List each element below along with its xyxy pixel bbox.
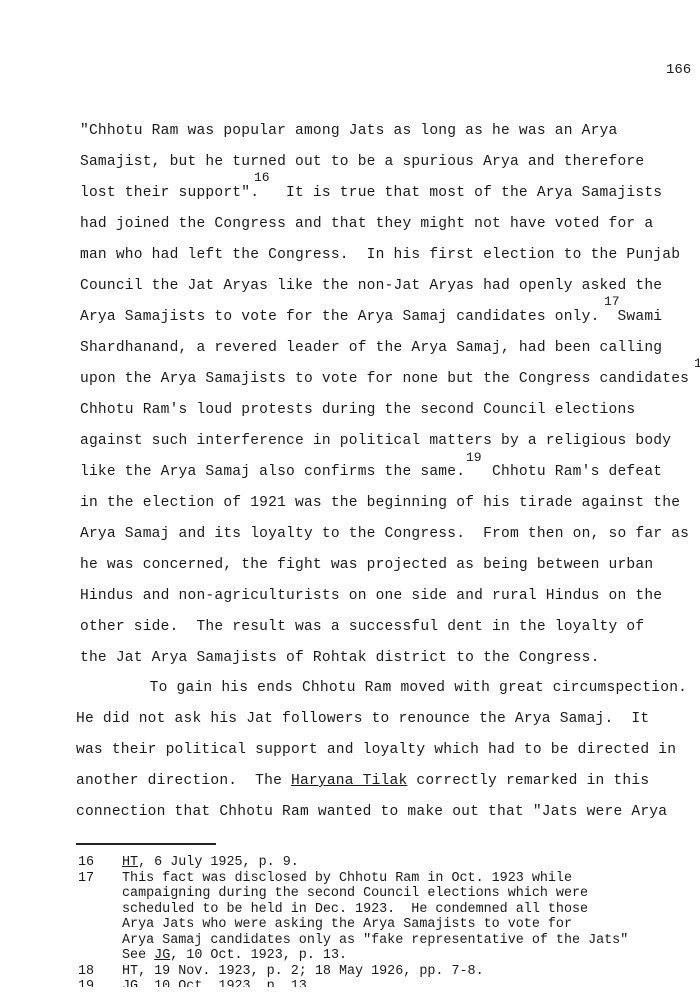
- footnote-text: JG, 10 Oct. 1923, p. 13: [122, 979, 307, 987]
- footnote-number: 17: [78, 871, 94, 887]
- footnote-text: Arya Jats who were asking the Arya Samaj…: [122, 917, 572, 933]
- body-line: Council the Jat Aryas like the non-Jat A…: [80, 278, 662, 294]
- body-line: the Jat Arya Samajists of Rohtak distric…: [80, 650, 600, 666]
- footnote-ref-18: 1: [694, 356, 700, 371]
- footnote-number: 16: [78, 855, 94, 871]
- footnote-text: Arya Samaj candidates only as "fake repr…: [122, 933, 628, 949]
- body-line: He did not ask his Jat followers to reno…: [76, 711, 649, 727]
- body-line: lost their support". It is true that mos…: [80, 185, 662, 201]
- body-line: he was concerned, the fight was projecte…: [80, 557, 653, 573]
- body-line: other side. The result was a successful …: [80, 619, 644, 635]
- body-line: Hindus and non-agriculturists on one sid…: [80, 588, 662, 604]
- footnote-number: 18: [78, 964, 94, 980]
- body-line: Samajist, but he turned out to be a spur…: [80, 154, 644, 170]
- footnote-text: This fact was disclosed by Chhotu Ram in…: [122, 871, 572, 887]
- body-line: against such interference in political m…: [80, 433, 671, 449]
- footnote-ref-19: 19: [466, 450, 482, 465]
- body-line: connection that Chhotu Ram wanted to mak…: [76, 804, 667, 820]
- body-line: man who had left the Congress. In his fi…: [80, 247, 680, 263]
- body-line: To gain his ends Chhotu Ram moved with g…: [78, 680, 687, 696]
- body-line: another direction. The Haryana Tilak cor…: [76, 773, 649, 789]
- body-line: Arya Samaj and its loyalty to the Congre…: [80, 526, 689, 542]
- page-number: 166: [666, 62, 691, 78]
- footnote-text: HT, 6 July 1925, p. 9.: [122, 855, 299, 871]
- body-line: like the Arya Samaj also confirms the sa…: [80, 464, 662, 480]
- body-line: Arya Samajists to vote for the Arya Sama…: [80, 309, 662, 325]
- publication-title: Haryana Tilak: [291, 773, 407, 789]
- body-line: was their political support and loyalty …: [76, 742, 676, 758]
- footnote-separator: [76, 843, 216, 845]
- footnote-text: campaigning during the second Council el…: [122, 886, 588, 902]
- footnote-text: scheduled to be held in Dec. 1923. He co…: [122, 902, 588, 918]
- footnote-number: 19: [78, 979, 94, 987]
- footnote-ref-16: 16: [254, 170, 270, 185]
- body-line: in the election of 1921 was the beginnin…: [80, 495, 680, 511]
- footnote-text: See JG, 10 Oct. 1923, p. 13.: [122, 948, 347, 964]
- footnote-ref-17: 17: [604, 294, 620, 309]
- footnote-text: HT, 19 Nov. 1923, p. 2; 18 May 1926, pp.…: [122, 964, 484, 980]
- body-line: had joined the Congress and that they mi…: [80, 216, 653, 232]
- body-line: upon the Arya Samajists to vote for none…: [80, 371, 689, 387]
- body-line: "Chhotu Ram was popular among Jats as lo…: [80, 123, 617, 139]
- body-line: Shardhanand, a revered leader of the Ary…: [80, 340, 662, 356]
- body-line: Chhotu Ram's loud protests during the se…: [80, 402, 635, 418]
